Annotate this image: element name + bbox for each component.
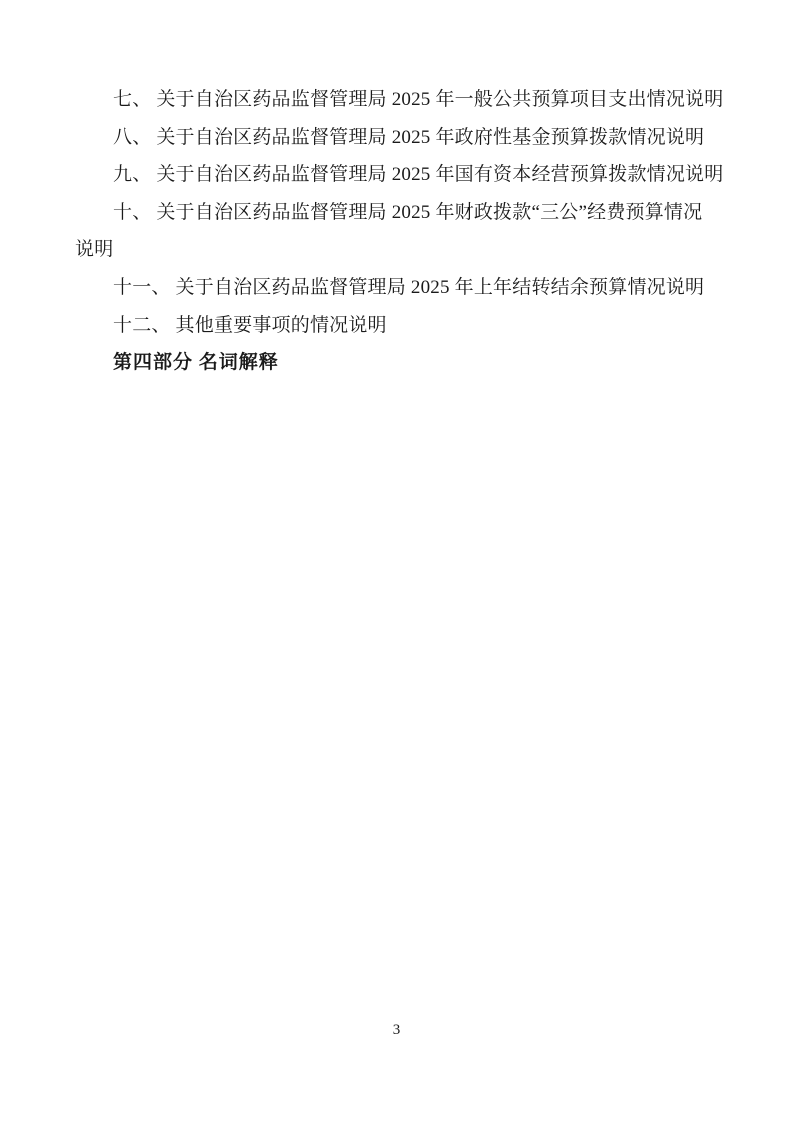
- toc-item-10: 十、 关于自治区药品监督管理局 2025 年财政拨款“三公”经费预算情况: [75, 194, 735, 232]
- page-number: 3: [393, 1022, 401, 1038]
- document-page: 七、 关于自治区药品监督管理局 2025 年一般公共预算项目支出情况说明 八、 …: [0, 0, 793, 1122]
- section-heading-part4: 第四部分 名词解释: [75, 344, 735, 382]
- toc-item-10-continuation: 说明: [75, 231, 735, 269]
- toc-section: 七、 关于自治区药品监督管理局 2025 年一般公共预算项目支出情况说明 八、 …: [75, 81, 735, 382]
- toc-item-11: 十一、 关于自治区药品监督管理局 2025 年上年结转结余预算情况说明: [75, 269, 735, 307]
- toc-item-8: 八、 关于自治区药品监督管理局 2025 年政府性基金预算拨款情况说明: [75, 119, 735, 157]
- toc-item-12: 十二、 其他重要事项的情况说明: [75, 307, 735, 345]
- toc-item-7: 七、 关于自治区药品监督管理局 2025 年一般公共预算项目支出情况说明: [75, 81, 735, 119]
- toc-item-9: 九、 关于自治区药品监督管理局 2025 年国有资本经营预算拨款情况说明: [75, 156, 735, 194]
- page-footer: 3: [0, 1021, 793, 1039]
